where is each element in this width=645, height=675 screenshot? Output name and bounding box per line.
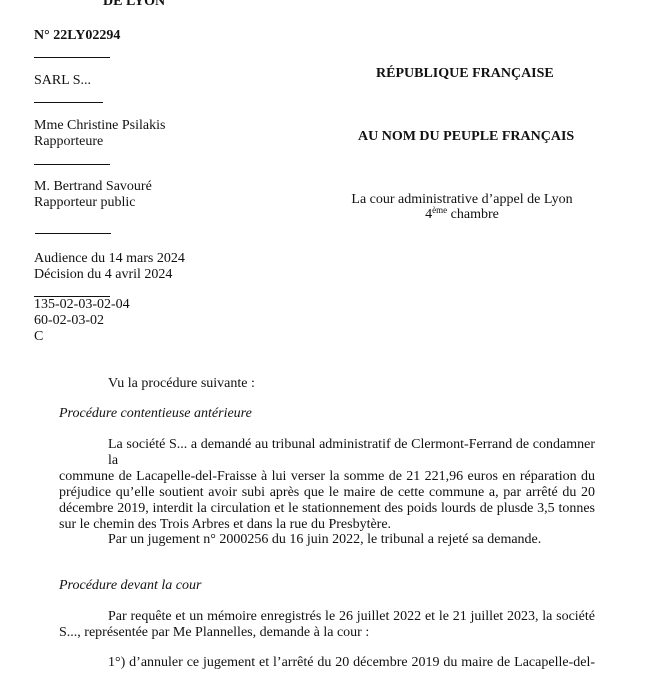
- rapporteur-role: Rapporteure: [34, 134, 103, 150]
- republic-title: RÉPUBLIQUE FRANÇAISE: [376, 66, 554, 82]
- paragraph-line: sur le chemin des Trois Arbres et dans l…: [59, 517, 595, 533]
- section-title: Procédure devant la cour: [59, 578, 201, 594]
- divider: [34, 57, 110, 58]
- public-rapporteur-role: Rapporteur public: [34, 195, 135, 211]
- people-title: AU NOM DU PEUPLE FRANÇAIS: [358, 129, 574, 145]
- paragraph: La société S... a demandé au tribunal ad…: [59, 437, 595, 533]
- chamber-suffix: ème: [432, 205, 447, 215]
- paragraph: Par un jugement n° 2000256 du 16 juin 20…: [108, 532, 541, 548]
- court-title: La cour administrative d’appel de Lyon: [340, 192, 584, 208]
- chamber-word: chambre: [447, 207, 499, 222]
- divider: [35, 233, 111, 234]
- intro-text: Vu la procédure suivante :: [108, 376, 255, 392]
- paragraph-line: commune de Lacapelle-del-Fraisse à lui v…: [59, 469, 595, 485]
- hearing-date: Audience du 14 mars 2024: [34, 251, 185, 267]
- paragraph: Par requête et un mémoire enregistrés le…: [59, 609, 595, 641]
- paragraph-line: 1°) d’annuler ce jugement et l’arrêté du…: [59, 655, 595, 671]
- paragraph-line: Par requête et un mémoire enregistrés le…: [59, 609, 595, 625]
- paragraph-line: préjudice qu’elle soutient avoir subi ap…: [59, 485, 595, 501]
- classification-code: C: [34, 329, 43, 345]
- case-number: N° 22LY02294: [34, 28, 120, 44]
- divider: [34, 102, 103, 103]
- rapporteur-name: Mme Christine Psilakis: [34, 118, 165, 134]
- chamber-title: 4ème chambre: [340, 207, 584, 223]
- court-name-tail: DE LYON: [103, 0, 165, 10]
- public-rapporteur-name: M. Bertrand Savouré: [34, 179, 152, 195]
- decision-date: Décision du 4 avril 2024: [34, 267, 172, 283]
- section-title: Procédure contentieuse antérieure: [59, 406, 252, 422]
- party-name: SARL S...: [34, 73, 91, 89]
- paragraph: 1°) d’annuler ce jugement et l’arrêté du…: [59, 655, 595, 671]
- paragraph-line: La société S... a demandé au tribunal ad…: [59, 437, 595, 469]
- classification-code: 135-02-03-02-04: [34, 297, 130, 313]
- classification-code: 60-02-03-02: [34, 313, 104, 329]
- paragraph-line: décembre 2019, interdit la circulation e…: [59, 501, 595, 517]
- divider: [34, 164, 110, 165]
- paragraph-line: S..., représentée par Me Plannelles, dem…: [59, 625, 595, 641]
